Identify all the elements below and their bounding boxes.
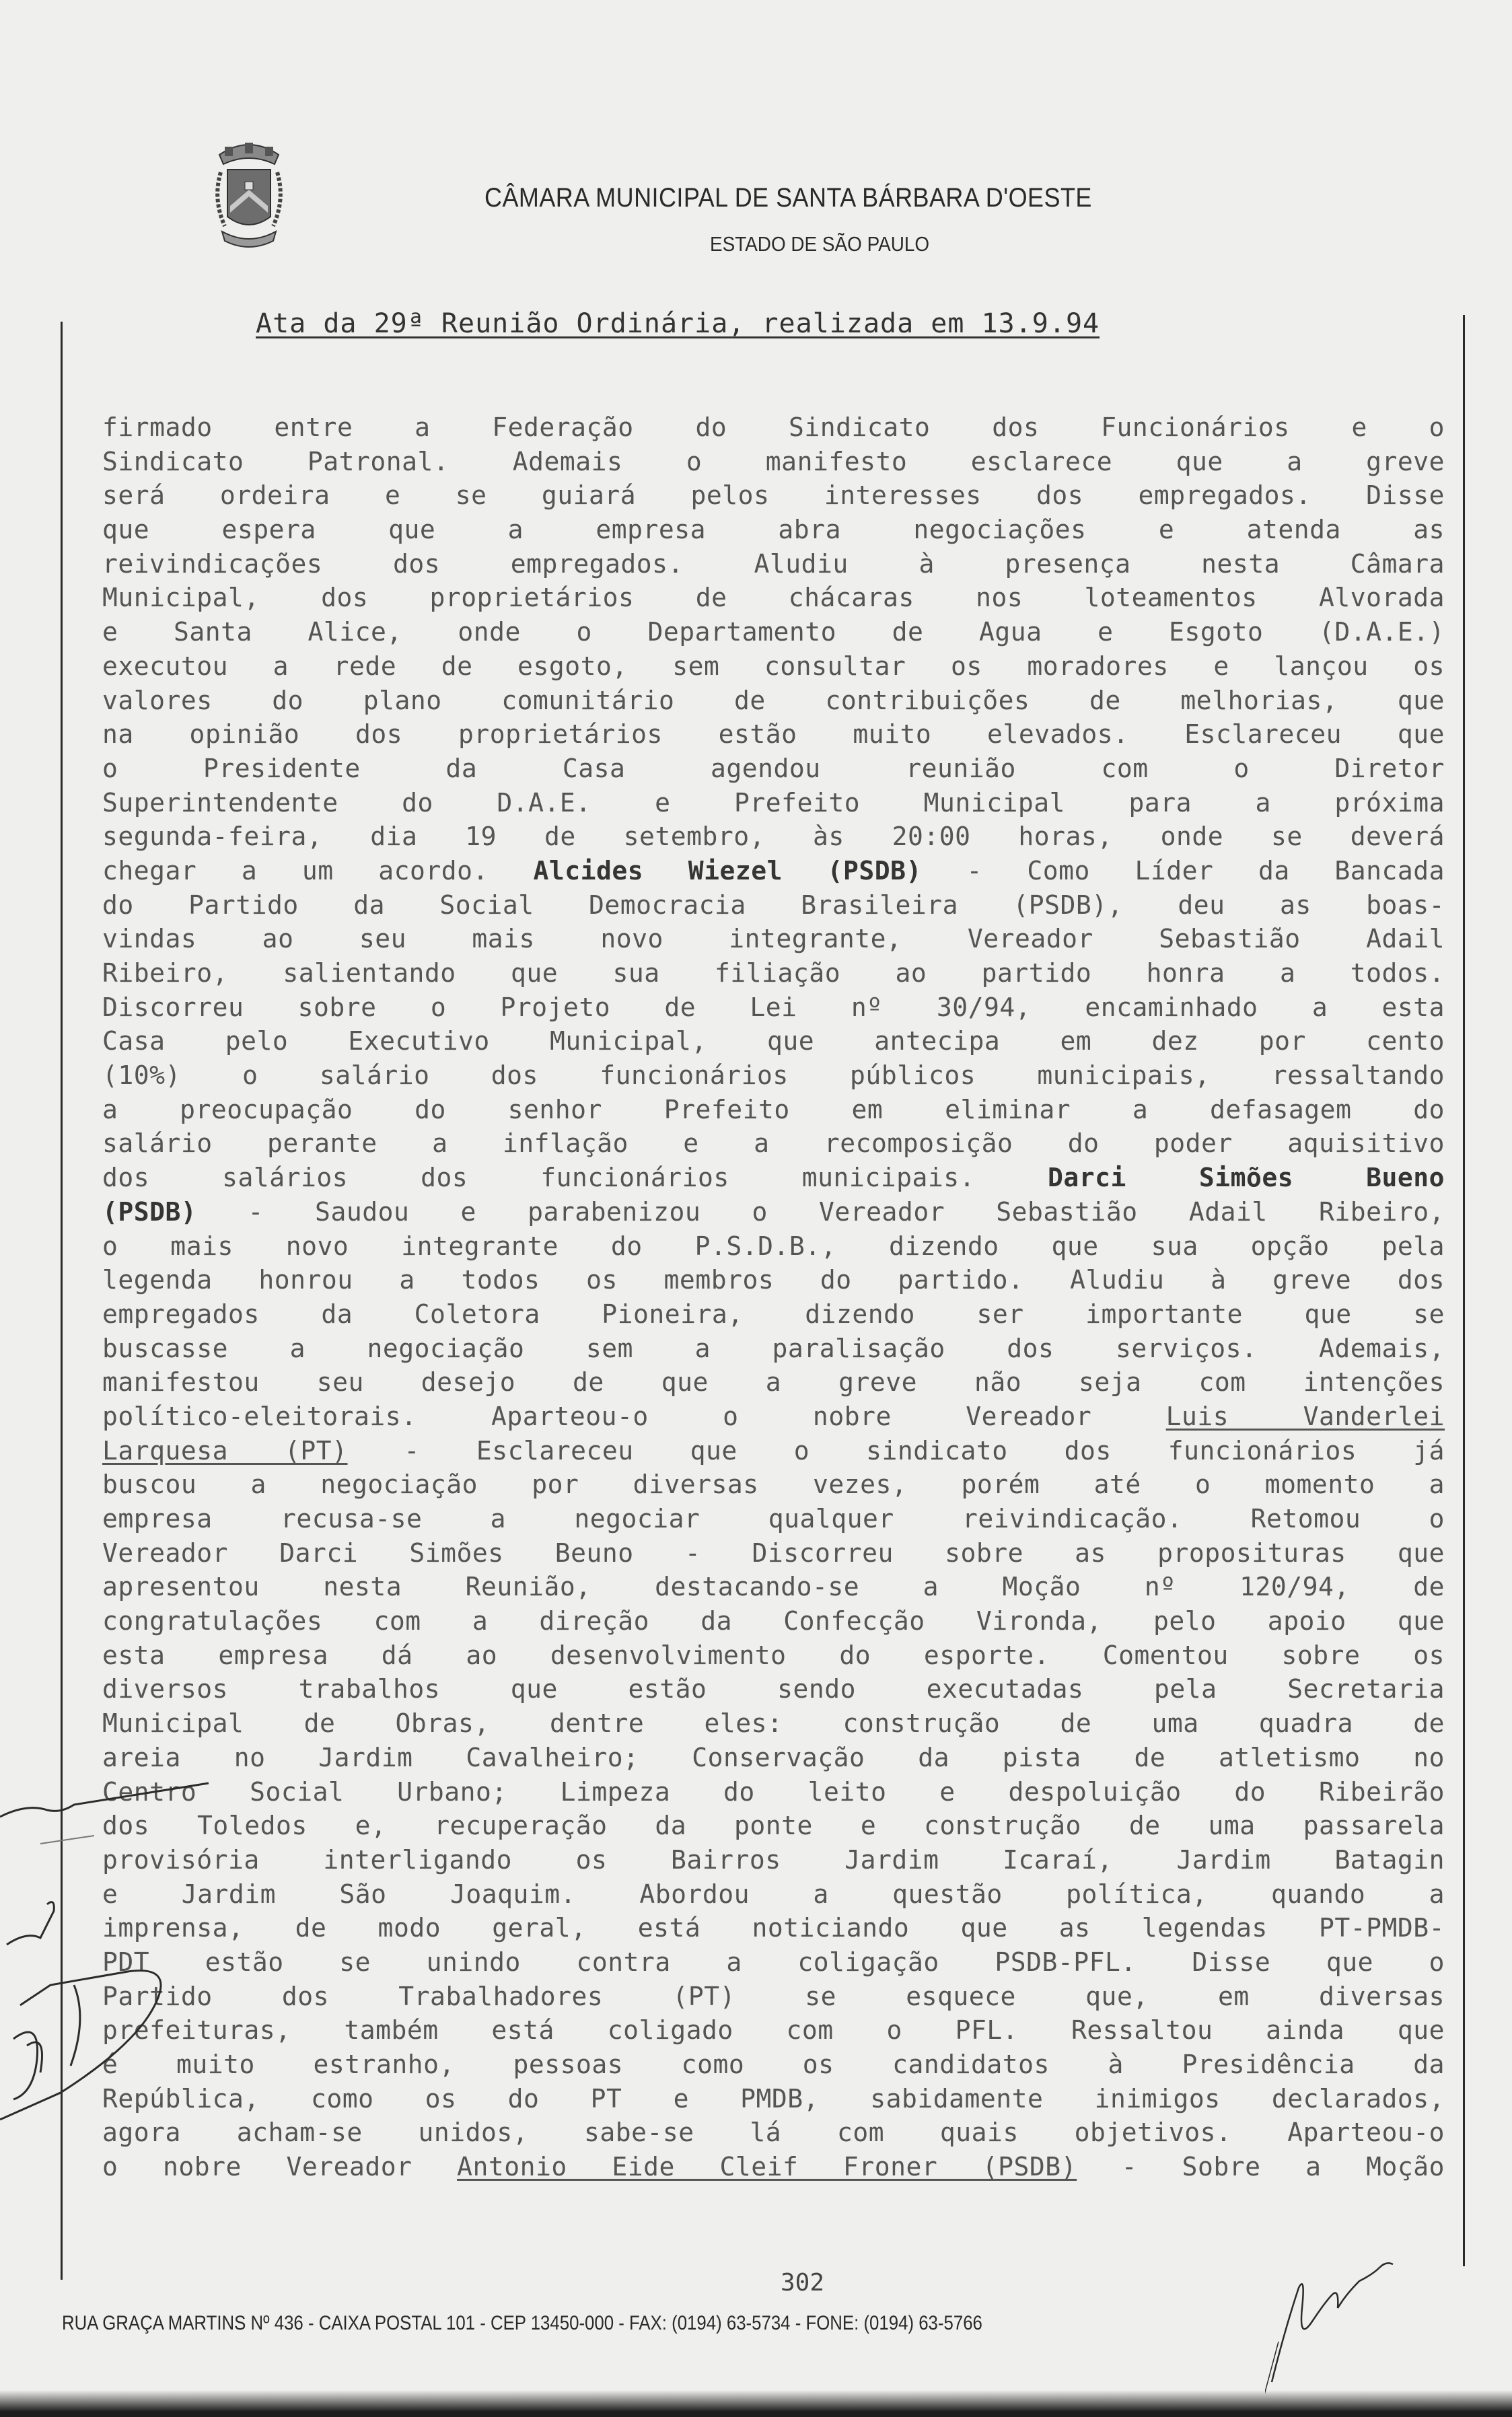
text-line: e Jardim São Joaquim. Abordou a questão …	[102, 1877, 1445, 1912]
text-line: imprensa, de modo geral, está noticiando…	[102, 1911, 1445, 1945]
right-margin-rule	[1463, 315, 1465, 2266]
speaker-name: Darci Simões Bueno	[1048, 1163, 1445, 1192]
text-line: (PSDB) - Saudou e parabenizou o Vereador…	[102, 1195, 1445, 1229]
text-line: Ribeiro, salientando que sua filiação ao…	[102, 956, 1445, 990]
speaker-name: (PSDB)	[102, 1197, 196, 1227]
text-line: o Presidente da Casa agendou reunião com…	[102, 752, 1445, 786]
text-line: Larquesa (PT) - Esclareceu que o sindica…	[102, 1434, 1445, 1468]
speaker-name-underlined: Antonio Eide Cleif Froner (PSDB)	[457, 2152, 1077, 2181]
text-line: a preocupação do senhor Prefeito em elim…	[102, 1093, 1445, 1127]
text-line: congratulações com a direção da Confecçã…	[102, 1604, 1445, 1638]
text-line: vindas ao seu mais novo integrante, Vere…	[102, 922, 1445, 956]
minutes-body: firmado entre a Federação do Sindicato d…	[102, 410, 1445, 2184]
text-line: (10%) o salário dos funcionários público…	[102, 1058, 1445, 1093]
text-line: Casa pelo Executivo Municipal, que antec…	[102, 1024, 1445, 1058]
text-line: buscasse a negociação sem a paralisação …	[102, 1332, 1445, 1366]
scan-edge-shadow	[0, 2390, 1512, 2417]
footer-address: RUA GRAÇA MARTINS Nº 436 - CAIXA POSTAL …	[62, 2312, 982, 2335]
text-line: o nobre Vereador Antonio Eide Cleif Fron…	[102, 2150, 1445, 2184]
text-line: legenda honrou a todos os membros do par…	[102, 1263, 1445, 1297]
text-line: executou a rede de esgoto, sem consultar…	[102, 649, 1445, 684]
text-line: areia no Jardim Cavalheiro; Conservação …	[102, 1741, 1445, 1775]
text-line: na opinião dos proprietários estão muito…	[102, 717, 1445, 752]
text-line: é muito estranho, pessoas como os candid…	[102, 2048, 1445, 2082]
text-line: Centro Social Urbano; Limpeza do leito e…	[102, 1775, 1445, 1809]
text-line: o mais novo integrante do P.S.D.B., dize…	[102, 1229, 1445, 1264]
coat-of-arms-icon	[201, 132, 297, 256]
text-line: reivindicações dos empregados. Aludiu à …	[102, 547, 1445, 581]
document-title: Ata da 29ª Reunião Ordinária, realizada …	[256, 308, 1100, 339]
organization-name: CÂMARA MUNICIPAL DE SANTA BÁRBARA D'OEST…	[484, 183, 1092, 213]
text-line: República, como os do PT e PMDB, sabidam…	[102, 2082, 1445, 2116]
text-line: Vereador Darci Simões Beuno - Discorreu …	[102, 1536, 1445, 1571]
text-line: Partido dos Trabalhadores (PT) se esquec…	[102, 1980, 1445, 2014]
text-line: Municipal, dos proprietários de chácaras…	[102, 581, 1445, 615]
speaker-name: Alcides Wiezel (PSDB)	[533, 856, 921, 886]
text-line: dos salários dos funcionários municipais…	[102, 1161, 1445, 1195]
text-line: chegar a um acordo. Alcides Wiezel (PSDB…	[102, 854, 1445, 888]
text-line: esta empresa dá ao desenvolvimento do es…	[102, 1638, 1445, 1673]
text-line: valores do plano comunitário de contribu…	[102, 684, 1445, 718]
text-line: firmado entre a Federação do Sindicato d…	[102, 410, 1445, 445]
speaker-name-underlined: Luis Vanderlei	[1166, 1402, 1445, 1431]
text-line: político-eleitorais. Aparteou-o o nobre …	[102, 1400, 1445, 1434]
text-line: agora acham-se unidos, sabe-se lá com qu…	[102, 2116, 1445, 2150]
text-line: provisória interligando os Bairros Jardi…	[102, 1843, 1445, 1877]
text-line: apresentou nesta Reunião, destacando-se …	[102, 1570, 1445, 1604]
text-line: segunda-feira, dia 19 de setembro, às 20…	[102, 820, 1445, 854]
text-line: Discorreu sobre o Projeto de Lei nº 30/9…	[102, 990, 1445, 1025]
text-line: diversos trabalhos que estão sendo execu…	[102, 1672, 1445, 1706]
left-margin-rule	[61, 322, 63, 2280]
speaker-name-underlined: Larquesa (PT)	[102, 1436, 348, 1466]
text-line: dos Toledos e, recuperação da ponte e co…	[102, 1809, 1445, 1843]
text-line: que espera que a empresa abra negociaçõe…	[102, 513, 1445, 547]
text-line: prefeituras, também está coligado com o …	[102, 2013, 1445, 2048]
text-line: e Santa Alice, onde o Departamento de Ag…	[102, 615, 1445, 649]
text-line: PDT estão se unindo contra a coligação P…	[102, 1945, 1445, 1980]
text-line: salário perante a inflação e a recomposi…	[102, 1126, 1445, 1161]
text-line: buscou a negociação por diversas vezes, …	[102, 1468, 1445, 1502]
page-number: 302	[781, 2269, 824, 2297]
text-line: empresa recusa-se a negociar qualquer re…	[102, 1502, 1445, 1536]
text-line: será ordeira e se guiará pelos interesse…	[102, 478, 1445, 513]
text-line: manifestou seu desejo de que a greve não…	[102, 1365, 1445, 1400]
text-line: Superintendente do D.A.E. e Prefeito Mun…	[102, 786, 1445, 820]
text-line: Sindicato Patronal. Ademais o manifesto …	[102, 445, 1445, 479]
state-name: ESTADO DE SÃO PAULO	[710, 232, 929, 256]
text-line: empregados da Coletora Pioneira, dizendo…	[102, 1297, 1445, 1332]
text-line: do Partido da Social Democracia Brasilei…	[102, 888, 1445, 923]
text-line: Municipal de Obras, dentre eles: constru…	[102, 1706, 1445, 1741]
